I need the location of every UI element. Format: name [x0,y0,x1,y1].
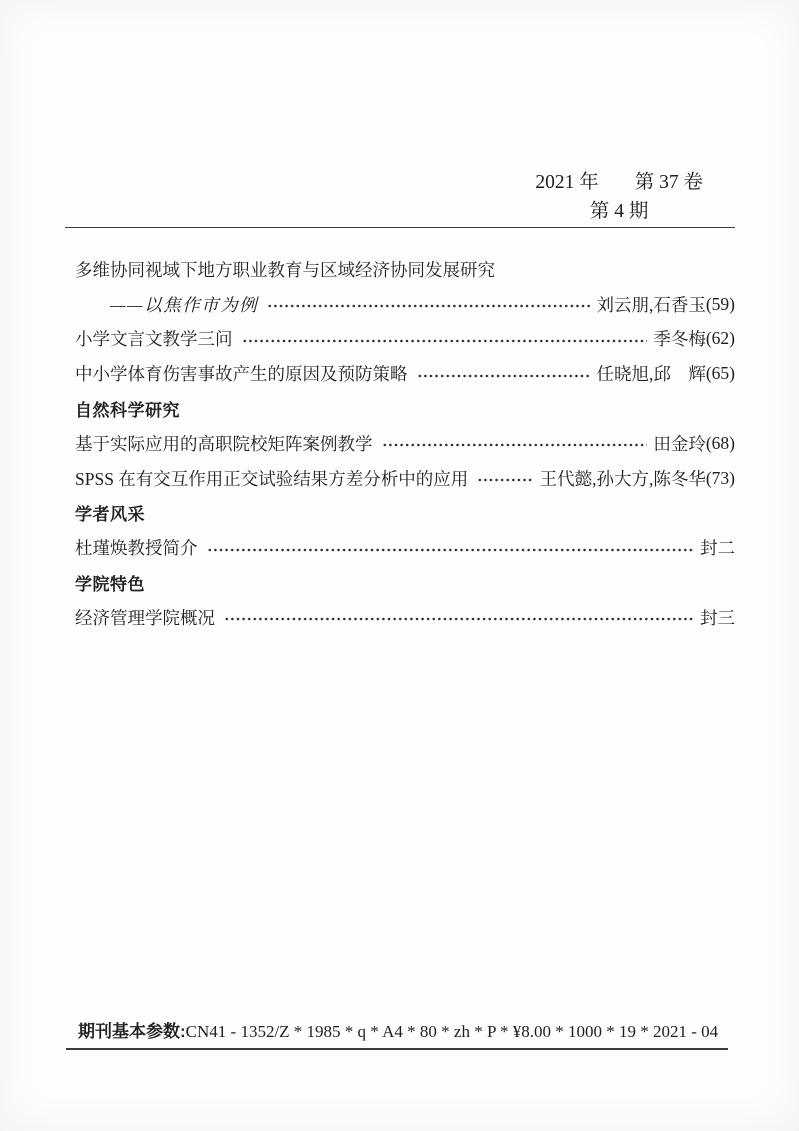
article-authors: 任晓旭,邱 辉 [596,361,705,386]
article-page-number: 封二 [700,535,735,560]
year-label: 2021 年 [535,171,598,195]
section-label: 学院特色 [75,570,145,595]
issue-header: 2021 年 第 37 卷 第 4 期 [535,171,703,224]
dot-leader [477,475,533,485]
article-title: 经济管理学院概况 [75,605,215,630]
toc-entry-subtitle: ——以焦作市为例 刘云朋,石香玉 (59) [75,287,735,322]
toc-entry: 中小学体育伤害事故产生的原因及预防策略 任晓旭,邱 辉 (65) [75,356,735,391]
article-title: SPSS 在有交互作用正交试验结果方差分析中的应用 [75,466,468,491]
table-of-contents: 多维协同视域下地方职业教育与区域经济协同发展研究 ——以焦作市为例 刘云朋,石香… [75,252,735,635]
issue-label: 第 4 期 [535,200,703,224]
article-title: 基于实际应用的高职院校矩阵案例教学 [75,431,373,456]
article-title: 中小学体育伤害事故产生的原因及预防策略 [75,361,408,386]
article-page-number: (62) [706,328,735,349]
dot-leader [224,614,694,624]
section-label: 自然科学研究 [75,396,180,421]
footer-divider [66,1048,728,1050]
article-page-number: (73) [706,468,735,489]
toc-section-heading: 学者风采 [75,496,735,531]
article-title: 多维协同视域下地方职业教育与区域经济协同发展研究 [75,257,495,282]
article-title: 杜瑾焕教授简介 [75,535,198,560]
article-title: 小学文言文教学三问 [75,326,233,351]
article-authors: 刘云朋,石香玉 [596,292,705,317]
journal-toc-page: 2021 年 第 37 卷 第 4 期 多维协同视域下地方职业教育与区域经济协同… [0,0,799,1131]
dot-leader [417,371,591,381]
toc-section-heading: 自然科学研究 [75,391,735,426]
journal-parameters-label: 期刊基本参数: [78,1022,186,1041]
volume-label: 第 37 卷 [635,171,703,195]
section-label: 学者风采 [75,500,145,525]
toc-entry-title: 多维协同视域下地方职业教育与区域经济协同发展研究 [75,252,735,287]
header-divider [65,227,735,228]
toc-section-heading: 学院特色 [75,565,735,600]
toc-entry: 小学文言文教学三问 季冬梅 (62) [75,322,735,357]
article-page-number: (59) [706,294,735,315]
dot-leader [242,336,648,346]
article-subtitle: ——以焦作市为例 [75,292,258,317]
dot-leader [267,301,590,311]
dot-leader [207,545,695,555]
article-authors: 王代懿,孙大方,陈冬华 [540,466,706,491]
year-volume-line: 2021 年 第 37 卷 [535,171,703,195]
header-spacer [599,171,635,195]
dot-leader [382,440,648,450]
journal-parameters-value: CN41 - 1352/Z * 1985 * q * A4 * 80 * zh … [186,1022,719,1041]
article-page-number: (65) [706,363,735,384]
article-page-number: (68) [706,433,735,454]
article-authors: 田金玲 [653,431,706,456]
article-authors: 季冬梅 [653,326,706,351]
toc-entry: 基于实际应用的高职院校矩阵案例教学 田金玲 (68) [75,426,735,461]
article-page-number: 封三 [700,605,735,630]
toc-entry: SPSS 在有交互作用正交试验结果方差分析中的应用 王代懿,孙大方,陈冬华 (7… [75,461,735,496]
toc-entry: 杜瑾焕教授简介 封二 [75,530,735,565]
journal-parameters: 期刊基本参数:CN41 - 1352/Z * 1985 * q * A4 * 8… [78,1019,735,1045]
toc-entry: 经济管理学院概况 封三 [75,600,735,635]
